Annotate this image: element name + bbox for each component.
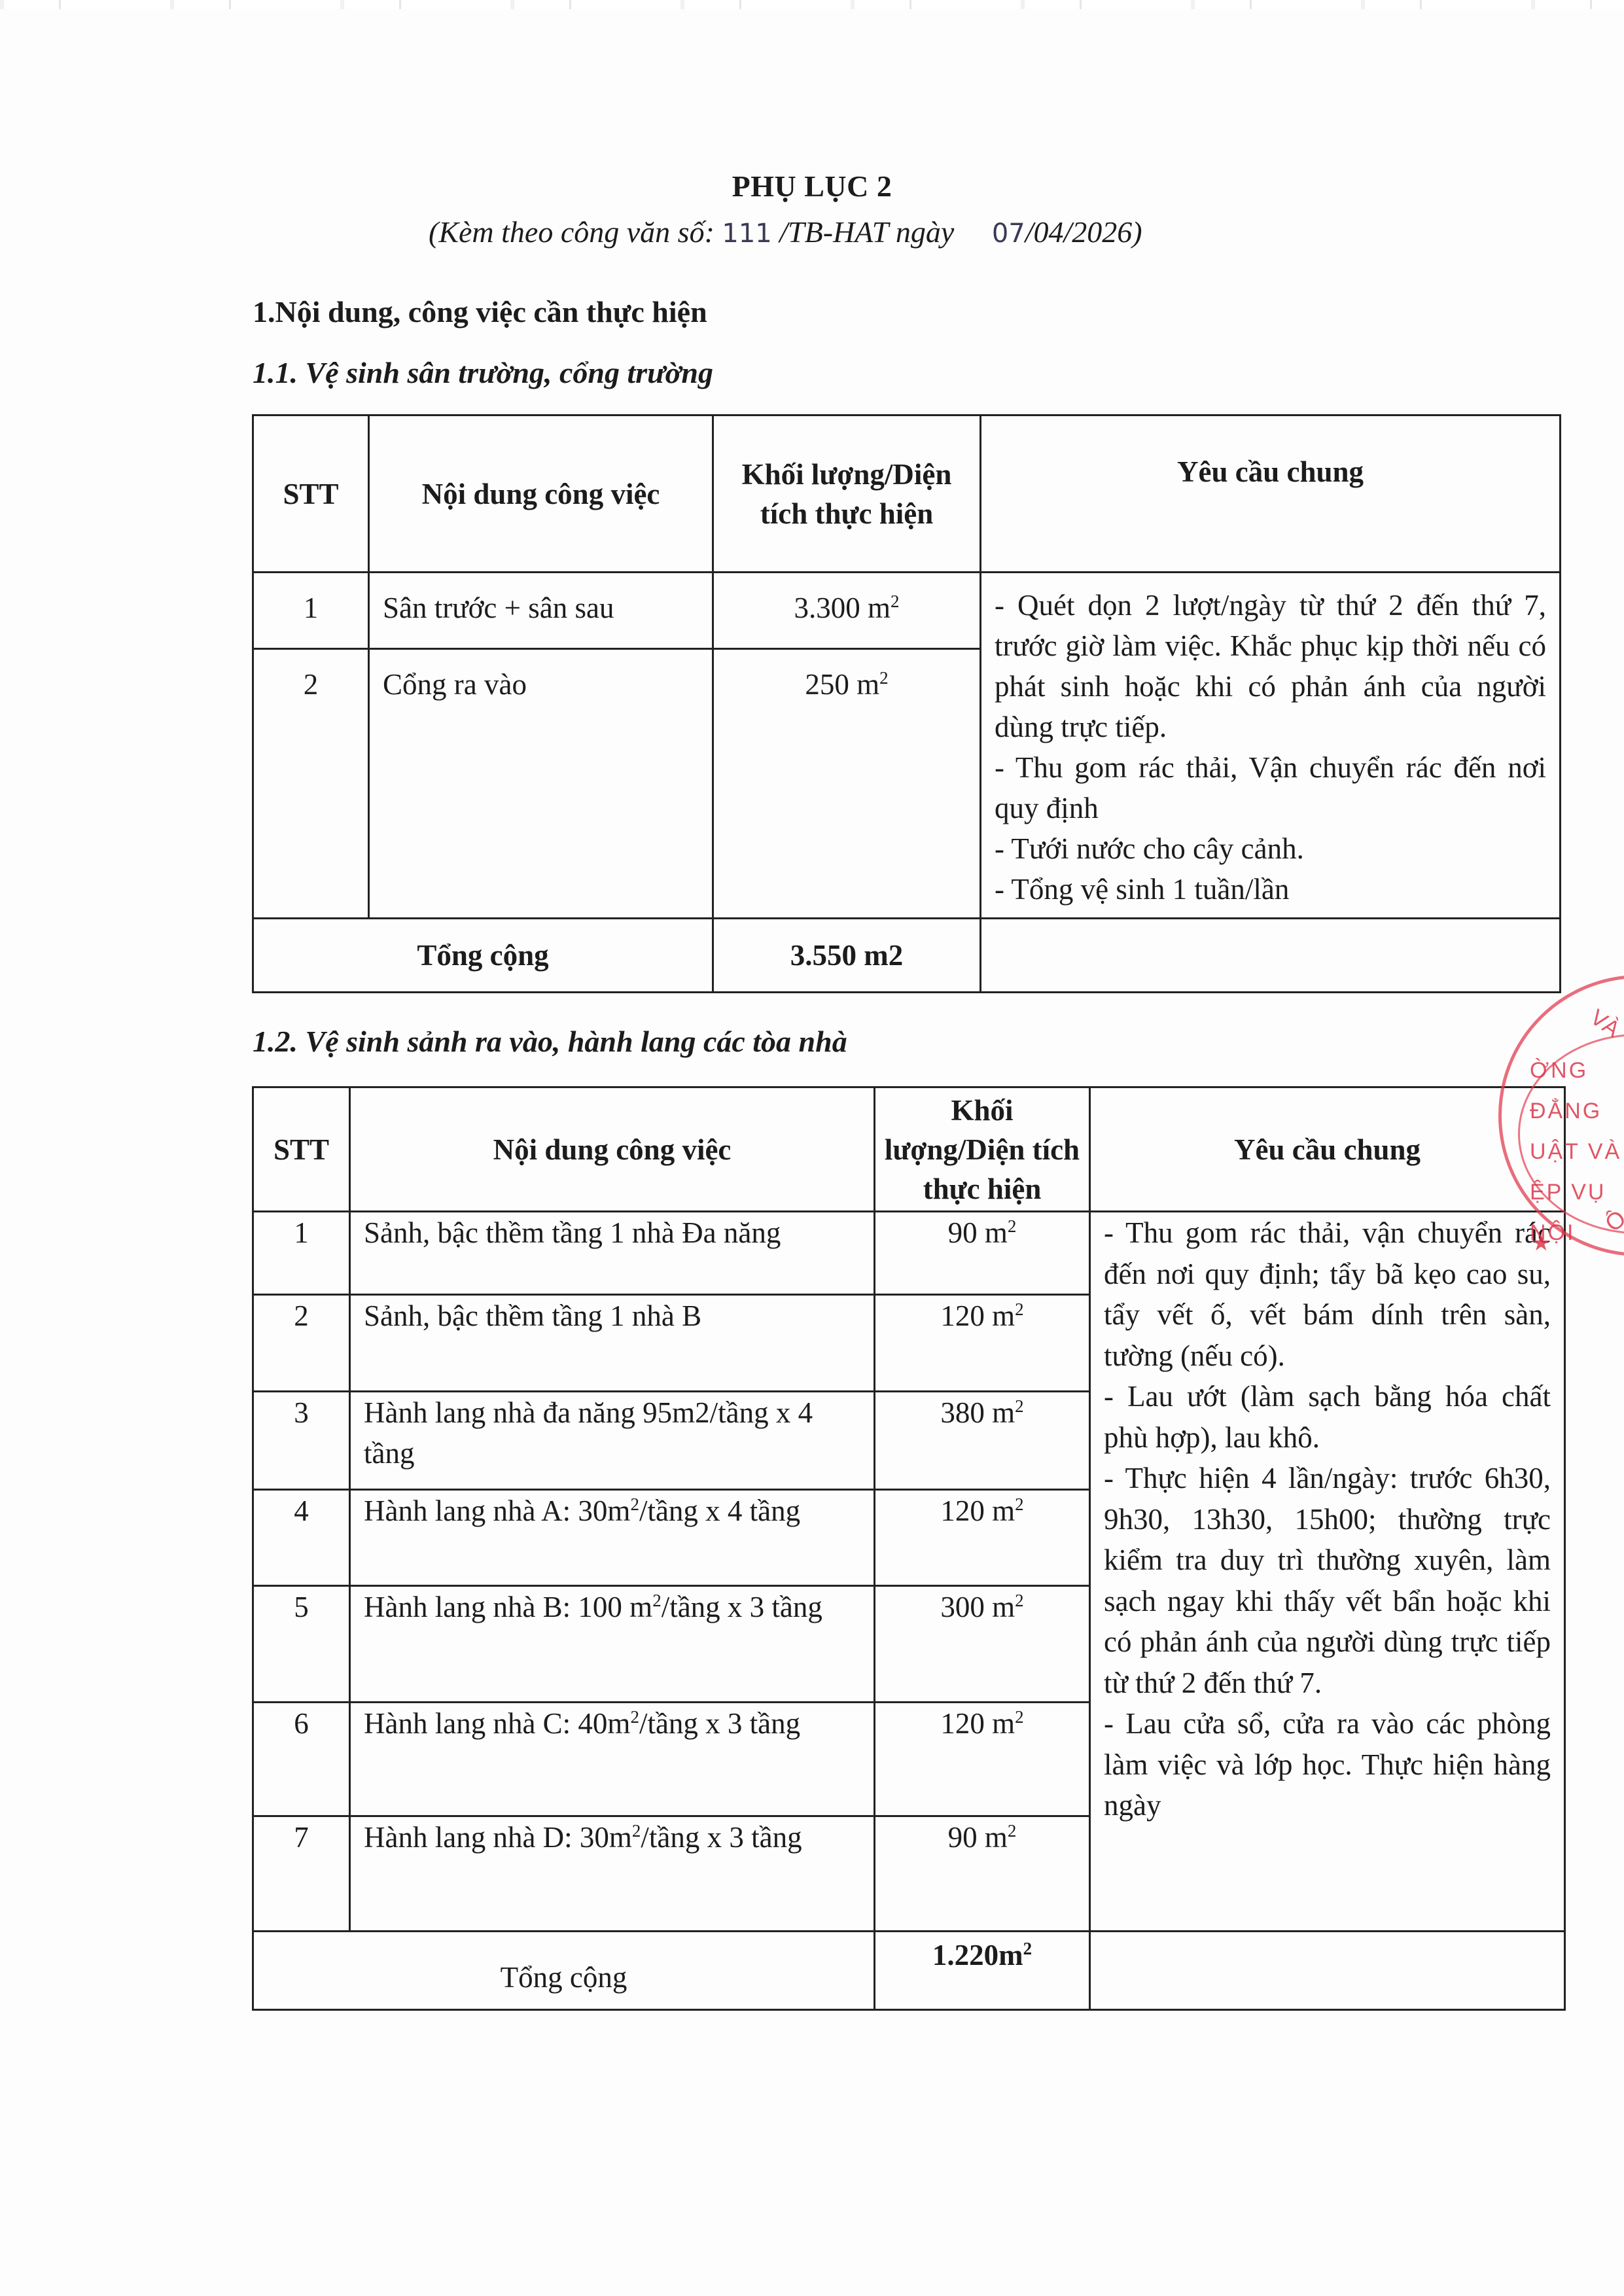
content-text: Hành lang nhà B: 100 m	[364, 1591, 652, 1623]
table-row: 1 Sân trước + sân sau 3.300 m2 - Quét dọ…	[253, 573, 1561, 649]
amount-value: 120 m	[940, 1494, 1015, 1527]
content-text-suffix: /tầng x 4 tầng	[639, 1494, 800, 1527]
header-requirements: Yêu cầu chung	[981, 415, 1561, 573]
cell-amount: 250 m2	[713, 649, 981, 919]
requirement-item: - Lau cửa sổ, cửa ra vào các phòng làm v…	[1104, 1703, 1551, 1826]
cell-content: Cổng ra vào	[369, 649, 713, 919]
seal-line: ỆP VỤ	[1530, 1172, 1621, 1212]
cell-amount: 90 m2	[875, 1212, 1090, 1295]
total-amount: 1.220m	[932, 1939, 1023, 1971]
cell-stt: 2	[253, 649, 369, 919]
cell-stt: 1	[253, 573, 369, 649]
cell-amount: 120 m2	[875, 1703, 1090, 1816]
content-text: Sảnh, bậc thềm tầng 1 nhà B	[364, 1299, 701, 1332]
header-stt: STT	[253, 1087, 350, 1212]
cell-content: Hành lang nhà D: 30m2/tầng x 3 tầng	[350, 1816, 875, 1932]
content-text-suffix: /tầng x 3 tầng	[641, 1821, 802, 1854]
cell-stt: 5	[253, 1586, 350, 1703]
requirement-item: - Quét dọn 2 lượt/ngày từ thứ 2 đến thứ …	[995, 585, 1546, 747]
cell-amount: 120 m2	[875, 1490, 1090, 1586]
requirement-item: - Thực hiện 4 lần/ngày: trước 6h30, 9h30…	[1104, 1458, 1551, 1703]
content-text: Hành lang nhà đa năng 95m2/tầng x 4 tầng	[364, 1396, 813, 1470]
appendix-title: PHỤ LỤC 2	[0, 169, 1624, 203]
subsection-heading-1-2: 1.2. Vệ sinh sảnh ra vào, hành lang các …	[253, 1024, 847, 1059]
content-text-suffix: /tầng x 3 tầng	[639, 1707, 800, 1740]
document-page: PHỤ LỤC 2 (Kèm theo công văn số: 111 /TB…	[0, 0, 1624, 2296]
requirement-item: - Thu gom rác thải, Vận chuyển rác đến n…	[995, 747, 1546, 828]
unit-superscript: 2	[1015, 1591, 1024, 1610]
cell-content: Hành lang nhà đa năng 95m2/tầng x 4 tầng	[350, 1392, 875, 1490]
cell-content: Sân trước + sân sau	[369, 573, 713, 649]
requirement-item: - Thu gom rác thải, vận chuyển rác đến n…	[1104, 1212, 1551, 1376]
cell-amount: 300 m2	[875, 1586, 1090, 1703]
cell-stt: 1	[253, 1212, 350, 1295]
content-text: Hành lang nhà C: 40m	[364, 1707, 630, 1740]
subsection-heading-1-1: 1.1. Vệ sinh sân trường, cổng trường	[253, 355, 713, 390]
scan-artifact	[0, 0, 1624, 9]
content-superscript: 2	[630, 1494, 639, 1514]
cell-content: Sảnh, bậc thềm tầng 1 nhà B	[350, 1295, 875, 1392]
total-label: Tổng cộng	[253, 1932, 875, 2010]
total-value: 1.220m2	[875, 1932, 1090, 2010]
cell-content: Sảnh, bậc thềm tầng 1 nhà Đa năng	[350, 1212, 875, 1295]
content-text: Sảnh, bậc thềm tầng 1 nhà Đa năng	[364, 1216, 781, 1249]
requirement-item: - Tưới nước cho cây cảnh.	[995, 828, 1546, 869]
cell-requirements: - Thu gom rác thải, vận chuyển rác đến n…	[1090, 1212, 1565, 1932]
cell-amount: 90 m2	[875, 1816, 1090, 1932]
seal-line: UẬT VÀ	[1530, 1131, 1621, 1172]
cell-amount: 120 m2	[875, 1295, 1090, 1392]
cell-content: Hành lang nhà A: 30m2/tầng x 4 tầng	[350, 1490, 875, 1586]
cell-amount: 380 m2	[875, 1392, 1090, 1490]
cell-amount: 3.300 m2	[713, 573, 981, 649]
reference-date: /04/2026)	[1025, 215, 1142, 249]
header-amount: Khối lượng/Diện tích thực hiện	[875, 1087, 1090, 1212]
cell-stt: 2	[253, 1295, 350, 1392]
unit-superscript: 2	[1008, 1216, 1017, 1236]
unit-superscript: 2	[1023, 1939, 1033, 1958]
table-header-row: STT Nội dung công việc Khối lượng/Diện t…	[253, 415, 1561, 573]
amount-value: 90 m	[948, 1216, 1008, 1249]
star-icon: ★	[1531, 1230, 1551, 1256]
header-content: Nội dung công việc	[369, 415, 713, 573]
amount-value: 120 m	[940, 1299, 1015, 1332]
unit-superscript: 2	[891, 592, 900, 611]
table-header-row: STT Nội dung công việc Khối lượng/Diện t…	[253, 1087, 1565, 1212]
requirement-item: - Tổng vệ sinh 1 tuần/lần	[995, 869, 1546, 910]
reference-middle: /TB-HAT ngày	[772, 215, 962, 249]
header-stt: STT	[253, 415, 369, 573]
table-total-row: Tổng cộng 1.220m2	[253, 1932, 1565, 2010]
cell-stt: 7	[253, 1816, 350, 1932]
total-value: 3.550 m2	[713, 919, 981, 993]
header-requirements: Yêu cầu chung	[1090, 1087, 1565, 1212]
handwritten-document-number: 111	[722, 219, 771, 249]
cell-stt: 6	[253, 1703, 350, 1816]
unit-superscript: 2	[1015, 1396, 1024, 1416]
requirement-item: - Lau ướt (làm sạch bằng hóa chất phù hợ…	[1104, 1376, 1551, 1458]
content-superscript: 2	[630, 1707, 639, 1727]
table-1-1: STT Nội dung công việc Khối lượng/Diện t…	[252, 414, 1561, 993]
total-empty-cell	[1090, 1932, 1565, 2010]
content-superscript: 2	[652, 1591, 662, 1610]
amount-value: 300 m	[940, 1591, 1015, 1623]
header-content: Nội dung công việc	[350, 1087, 875, 1212]
cell-stt: 4	[253, 1490, 350, 1586]
seal-line: ĐẲNG	[1530, 1091, 1621, 1131]
cell-content: Hành lang nhà B: 100 m2/tầng x 3 tầng	[350, 1586, 875, 1703]
cell-requirements: - Quét dọn 2 lượt/ngày từ thứ 2 đến thứ …	[981, 573, 1561, 919]
unit-superscript: 2	[879, 668, 889, 688]
total-label: Tổng cộng	[253, 919, 713, 993]
reference-line: (Kèm theo công văn số: 111 /TB-HAT ngày …	[429, 215, 1142, 249]
content-text: Hành lang nhà A: 30m	[364, 1494, 630, 1527]
table-total-row: Tổng cộng 3.550 m2	[253, 919, 1561, 993]
header-amount: Khối lượng/Diện tích thực hiện	[713, 415, 981, 573]
reference-prefix: (Kèm theo công văn số:	[429, 215, 722, 249]
content-superscript: 2	[632, 1821, 641, 1841]
amount-value: 380 m	[940, 1396, 1015, 1429]
total-empty-cell	[981, 919, 1561, 993]
unit-superscript: 2	[1015, 1299, 1024, 1319]
cell-stt: 3	[253, 1392, 350, 1490]
unit-superscript: 2	[1015, 1707, 1024, 1727]
table-1-2: STT Nội dung công việc Khối lượng/Diện t…	[252, 1086, 1566, 2011]
cell-content: Hành lang nhà C: 40m2/tầng x 3 tầng	[350, 1703, 875, 1816]
amount-value: 90 m	[948, 1821, 1008, 1854]
section-heading: 1.Nội dung, công việc cần thực hiện	[253, 294, 707, 329]
amount-value: 120 m	[940, 1707, 1015, 1740]
table-row: 1 Sảnh, bậc thềm tầng 1 nhà Đa năng 90 m…	[253, 1212, 1565, 1295]
seal-line: ỜNG	[1530, 1050, 1621, 1091]
handwritten-date-day: 07	[992, 219, 1025, 249]
content-text: Hành lang nhà D: 30m	[364, 1821, 632, 1854]
unit-superscript: 2	[1015, 1494, 1024, 1514]
unit-superscript: 2	[1008, 1821, 1017, 1841]
amount-value: 250 m	[805, 668, 879, 701]
amount-value: 3.300 m	[794, 592, 891, 624]
content-text-suffix: /tầng x 3 tầng	[662, 1591, 822, 1623]
